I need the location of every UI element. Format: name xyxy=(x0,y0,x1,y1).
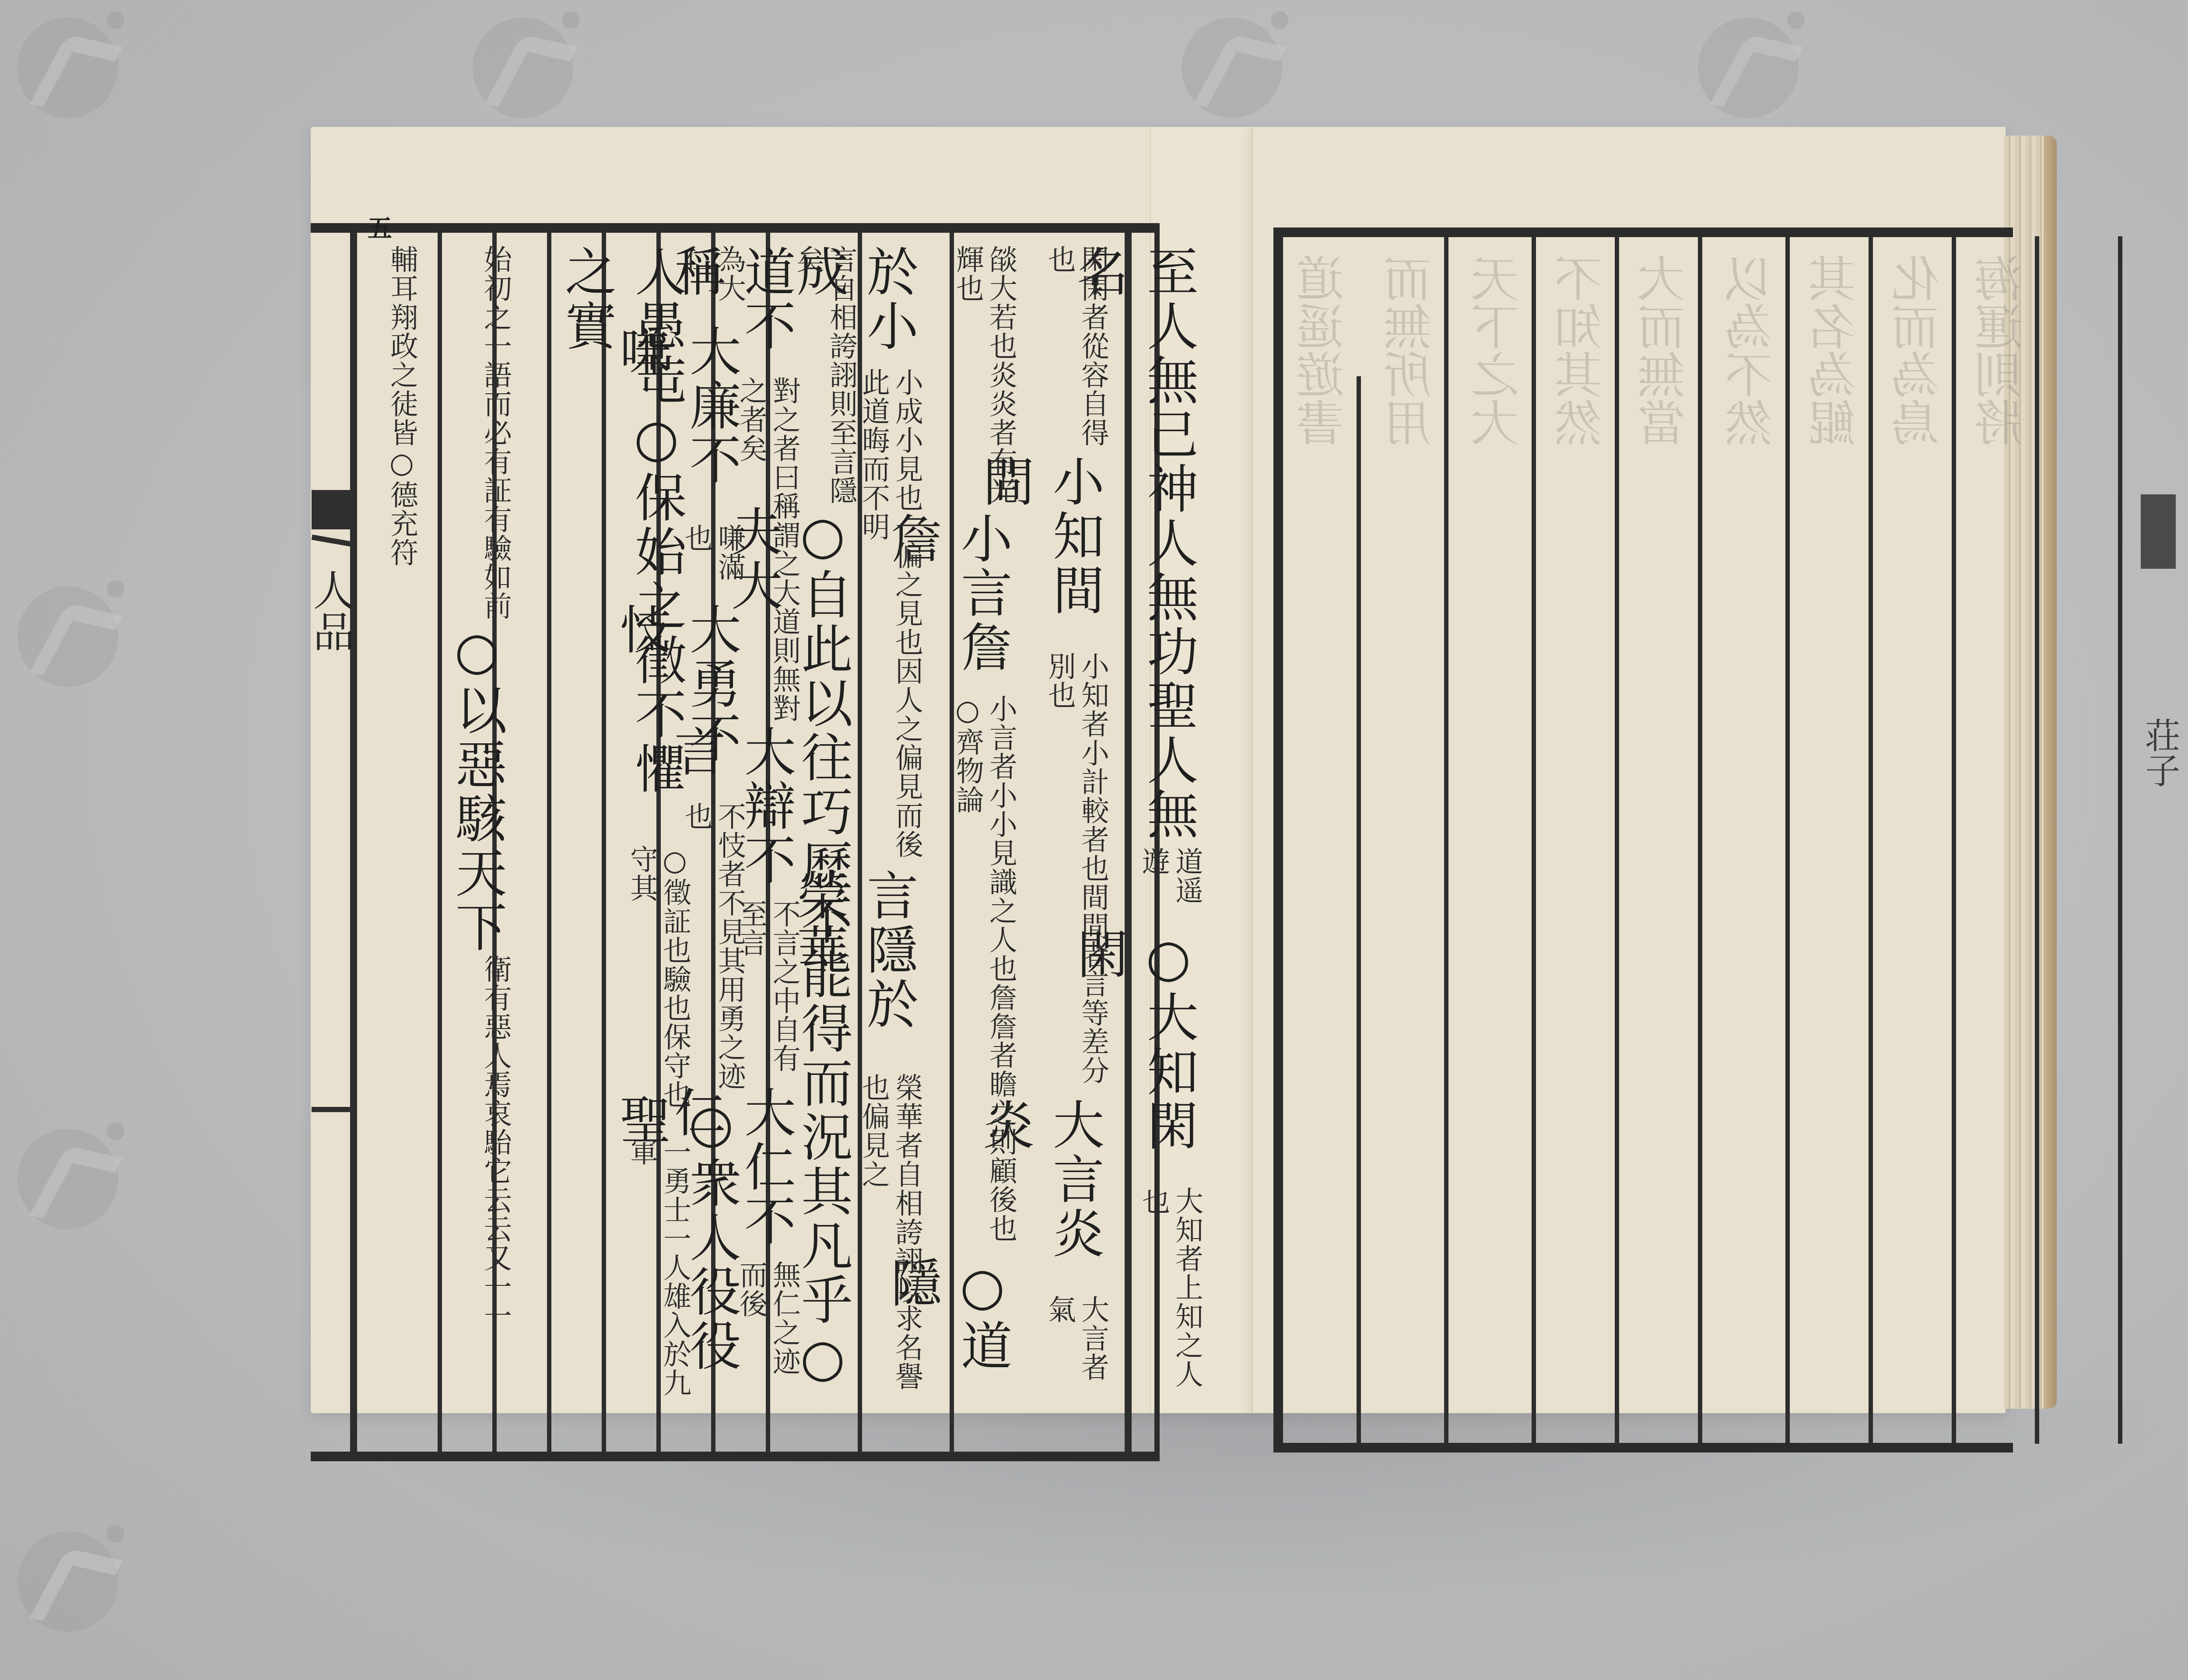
annotation: 一勇士一人雄入於九軍 xyxy=(551,1137,691,1400)
text-column-8: 人愚芚○保始之徵不懼之實 ○徵証也驗也保守也守其 一勇士一人雄入於九軍 xyxy=(551,245,691,1400)
bleed-through-text: 不知其然 xyxy=(1553,254,1610,1374)
bleed-through-text: 道遥遊書 xyxy=(1295,254,1352,1374)
column-rule xyxy=(1532,236,1536,1444)
side-tab-label: 人品 xyxy=(306,569,354,652)
column-rule xyxy=(2035,236,2039,1444)
watermark-logo-icon xyxy=(1182,17,1282,118)
column-rule xyxy=(350,232,357,1452)
side-tab-line xyxy=(312,1107,353,1112)
annotation: 輔耳翔政之徒皆○德充符 xyxy=(385,245,418,567)
watermark-logo-icon xyxy=(18,1531,118,1632)
column-rule xyxy=(1357,376,1361,1444)
bleed-through-text: 天下之大 xyxy=(1470,254,1527,1374)
column-rule xyxy=(1615,236,1619,1444)
annotation: ○徵証也驗也保守也守其 xyxy=(551,845,691,1137)
bleed-through-text: 海運則將 xyxy=(1974,254,2030,1374)
right-side-tab-label: 荘子 xyxy=(2140,717,2179,787)
column-rule xyxy=(438,232,442,1452)
watermark-logo-icon xyxy=(473,17,573,118)
watermark-logo-icon xyxy=(18,1129,118,1229)
watermark-logo-icon xyxy=(18,586,118,687)
side-tab-block xyxy=(312,490,353,529)
column-rule xyxy=(1444,236,1448,1444)
column-rule xyxy=(2118,236,2122,1444)
column-rule xyxy=(1869,236,1873,1444)
text-column-10: 輔耳翔政之徒皆○德充符 xyxy=(385,245,418,1400)
bleed-through-text: 化而為鳥 xyxy=(1890,254,1947,1374)
column-rule xyxy=(1952,236,1956,1444)
bleed-through-text: 大而無當 xyxy=(1637,254,1694,1374)
column-rule xyxy=(547,232,551,1452)
right-side-tab-block xyxy=(2141,494,2176,569)
annotation: 衛有惡人焉哀駘它云云又一一 xyxy=(442,955,512,1330)
column-rule xyxy=(1698,236,1702,1444)
main-text: 人愚芚○保始之徵不懼之實 xyxy=(551,245,691,845)
annotation: 始初之一語而必有証有驗如前 xyxy=(442,245,512,620)
watermark-logo-icon xyxy=(1698,17,1799,118)
bleed-through-text: 以為不然 xyxy=(1724,254,1781,1374)
text-column-9: 始初之一語而必有証有驗如前 ○以惡駭天下 衛有惡人焉哀駘它云云又一一 xyxy=(442,245,512,1400)
bleed-through-text: 而無所用 xyxy=(1383,254,1440,1374)
bleed-through-text: 其名為鯤 xyxy=(1807,254,1864,1374)
main-text: ○以惡駭天下 xyxy=(442,620,512,955)
column-rule xyxy=(1785,236,1790,1444)
watermark-logo-icon xyxy=(18,17,118,118)
page-marker: 五 xyxy=(368,209,392,244)
